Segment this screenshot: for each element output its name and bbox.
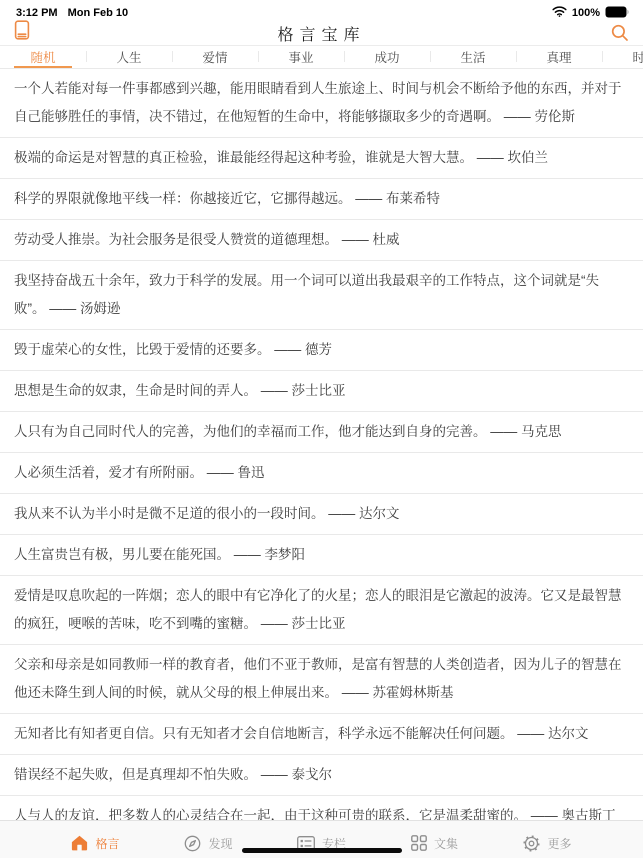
tabbar-item-discover[interactable]: 发现 [152, 828, 265, 858]
quote-text: 人生富贵岂有极，男儿要在能死国。 [14, 547, 230, 562]
quote-row[interactable]: 劳动受人推崇。为社会服务是很受人赞赏的道德理想。 —— 杜威 [0, 220, 643, 261]
quote-text: 劳动受人推崇。为社会服务是很受人赞赏的道德理想。 [14, 232, 338, 247]
quote-text: 人必须生活着，爱才有所附丽。 [14, 465, 203, 480]
collections-icon [411, 835, 427, 851]
quote-row[interactable]: 科学的界限就像地平线一样：你越接近它，它挪得越远。 —— 布莱希特 [0, 179, 643, 220]
battery-percent: 100% [572, 7, 600, 19]
quote-row[interactable]: 一个人若能对每一件事都感到兴趣，能用眼睛看到人生旅途上、时间与机会不断给予他的东… [0, 69, 643, 138]
tab-success[interactable]: 成功 [344, 46, 430, 68]
quote-list: 一个人若能对每一件事都感到兴趣，能用眼睛看到人生旅途上、时间与机会不断给予他的东… [0, 69, 643, 836]
quote-text: 毁于虚荣心的女性，比毁于爱情的还要多。 [14, 342, 271, 357]
battery-icon [605, 6, 629, 21]
home-indicator[interactable] [242, 848, 402, 853]
tab-life[interactable]: 人生 [86, 46, 172, 68]
page-title: 格言宝库 [277, 22, 365, 45]
navbar: 格言宝库 [0, 22, 643, 46]
quote-row[interactable]: 无知者比有知者更自信。只有无知者才会自信地断言，科学永远不能解决任何问题。 ——… [0, 714, 643, 755]
tab-truth[interactable]: 真理 [516, 46, 602, 68]
quote-text: 科学的界限就像地平线一样：你越接近它，它挪得越远。 [14, 191, 352, 206]
quote-author: —— 劳伦斯 [504, 109, 575, 124]
quote-author: —— 鲁迅 [207, 465, 265, 480]
tab-label: 人生 [116, 48, 141, 66]
category-tab-bar: 随机 人生 爱情 事业 成功 生活 真理 时间 [0, 46, 643, 69]
quote-row[interactable]: 人必须生活着，爱才有所附丽。 —— 鲁迅 [0, 453, 643, 494]
app-screen: 3:12 PM Mon Feb 10 100% [0, 0, 643, 858]
tab-label: 时间 [632, 48, 643, 66]
tabbar-label: 发现 [208, 835, 232, 852]
tabbar-item-collections[interactable]: 文集 [378, 828, 491, 858]
tabbar-label: 文集 [434, 835, 458, 852]
quote-row[interactable]: 人只有为自己同时代人的完善，为他们的幸福而工作，他才能达到自身的完善。 —— 马… [0, 412, 643, 453]
wifi-icon [552, 6, 567, 20]
tab-label: 成功 [374, 48, 399, 66]
quote-text: 无知者比有知者更自信。只有无知者才会自信地断言，科学永远不能解决任何问题。 [14, 726, 514, 741]
gear-icon [523, 835, 540, 852]
tab-living[interactable]: 生活 [430, 46, 516, 68]
tab-label: 随机 [30, 48, 55, 66]
quote-author: —— 泰戈尔 [261, 767, 332, 782]
quote-author: —— 布莱希特 [355, 191, 440, 206]
quote-author: —— 汤姆逊 [49, 301, 120, 316]
quote-row[interactable]: 错误经不起失败，但是真理却不怕失败。 —— 泰戈尔 [0, 755, 643, 796]
tabbar-label: 更多 [547, 835, 571, 852]
search-icon[interactable] [611, 24, 629, 47]
tab-random[interactable]: 随机 [0, 46, 86, 68]
quote-row[interactable]: 毁于虚荣心的女性，比毁于爱情的还要多。 —— 德芳 [0, 330, 643, 371]
quote-author: —— 苏霍姆林斯基 [342, 685, 454, 700]
quote-author: —— 莎士比亚 [261, 616, 346, 631]
quote-author: —— 马克思 [490, 424, 561, 439]
status-date: Mon Feb 10 [68, 7, 129, 19]
quote-row[interactable]: 我从来不认为半小时是微不足道的很小的一段时间。 —— 达尔文 [0, 494, 643, 535]
tabbar-item-more[interactable]: 更多 [491, 828, 604, 858]
quote-text: 极端的命运是对智慧的真正检验，谁最能经得起这种考验，谁就是大智大慧。 [14, 150, 473, 165]
tab-label: 真理 [546, 48, 571, 66]
home-icon [71, 835, 88, 851]
compass-icon [184, 835, 201, 852]
quote-author: —— 达尔文 [517, 726, 588, 741]
book-icon[interactable] [13, 20, 31, 47]
quote-author: —— 德芳 [274, 342, 332, 357]
tab-label: 事业 [288, 48, 313, 66]
quote-author: —— 李梦阳 [234, 547, 305, 562]
quote-author: —— 达尔文 [328, 506, 399, 521]
quote-text: 我从来不认为半小时是微不足道的很小的一段时间。 [14, 506, 325, 521]
quote-author: —— 杜威 [342, 232, 400, 247]
tab-time[interactable]: 时间 [602, 46, 643, 68]
quote-row[interactable]: 思想是生命的奴隶，生命是时间的弄人。 —— 莎士比亚 [0, 371, 643, 412]
quote-text: 父亲和母亲是如同教师一样的教育者，他们不亚于教师，是富有智慧的人类创造者，因为儿… [14, 657, 622, 700]
quote-text: 人只有为自己同时代人的完善，为他们的幸福而工作，他才能达到自身的完善。 [14, 424, 487, 439]
tabbar-item-columns[interactable]: 专栏 [265, 828, 378, 858]
quote-row[interactable]: 我坚持奋战五十余年，致力于科学的发展。用一个词可以道出我最艰辛的工作特点，这个词… [0, 261, 643, 330]
quote-row[interactable]: 人生富贵岂有极，男儿要在能死国。 —— 李梦阳 [0, 535, 643, 576]
tab-career[interactable]: 事业 [258, 46, 344, 68]
quote-row[interactable]: 父亲和母亲是如同教师一样的教育者，他们不亚于教师，是富有智慧的人类创造者，因为儿… [0, 645, 643, 714]
tabbar-label: 格言 [95, 835, 119, 852]
status-time: 3:12 PM [16, 7, 58, 19]
quote-text: 错误经不起失败，但是真理却不怕失败。 [14, 767, 257, 782]
quote-row[interactable]: 爱情是叹息吹起的一阵烟；恋人的眼中有它净化了的火星；恋人的眼泪是它激起的波涛。它… [0, 576, 643, 645]
quote-row[interactable]: 极端的命运是对智慧的真正检验，谁最能经得起这种考验，谁就是大智大慧。 —— 坎伯… [0, 138, 643, 179]
tab-label: 生活 [460, 48, 485, 66]
tab-label: 爱情 [202, 48, 227, 66]
quote-text: 思想是生命的奴隶，生命是时间的弄人。 [14, 383, 257, 398]
quote-author: —— 莎士比亚 [261, 383, 346, 398]
quote-author: —— 坎伯兰 [477, 150, 548, 165]
tab-love[interactable]: 爱情 [172, 46, 258, 68]
status-bar: 3:12 PM Mon Feb 10 100% [0, 0, 643, 22]
tabbar-item-maxims[interactable]: 格言 [39, 828, 152, 858]
